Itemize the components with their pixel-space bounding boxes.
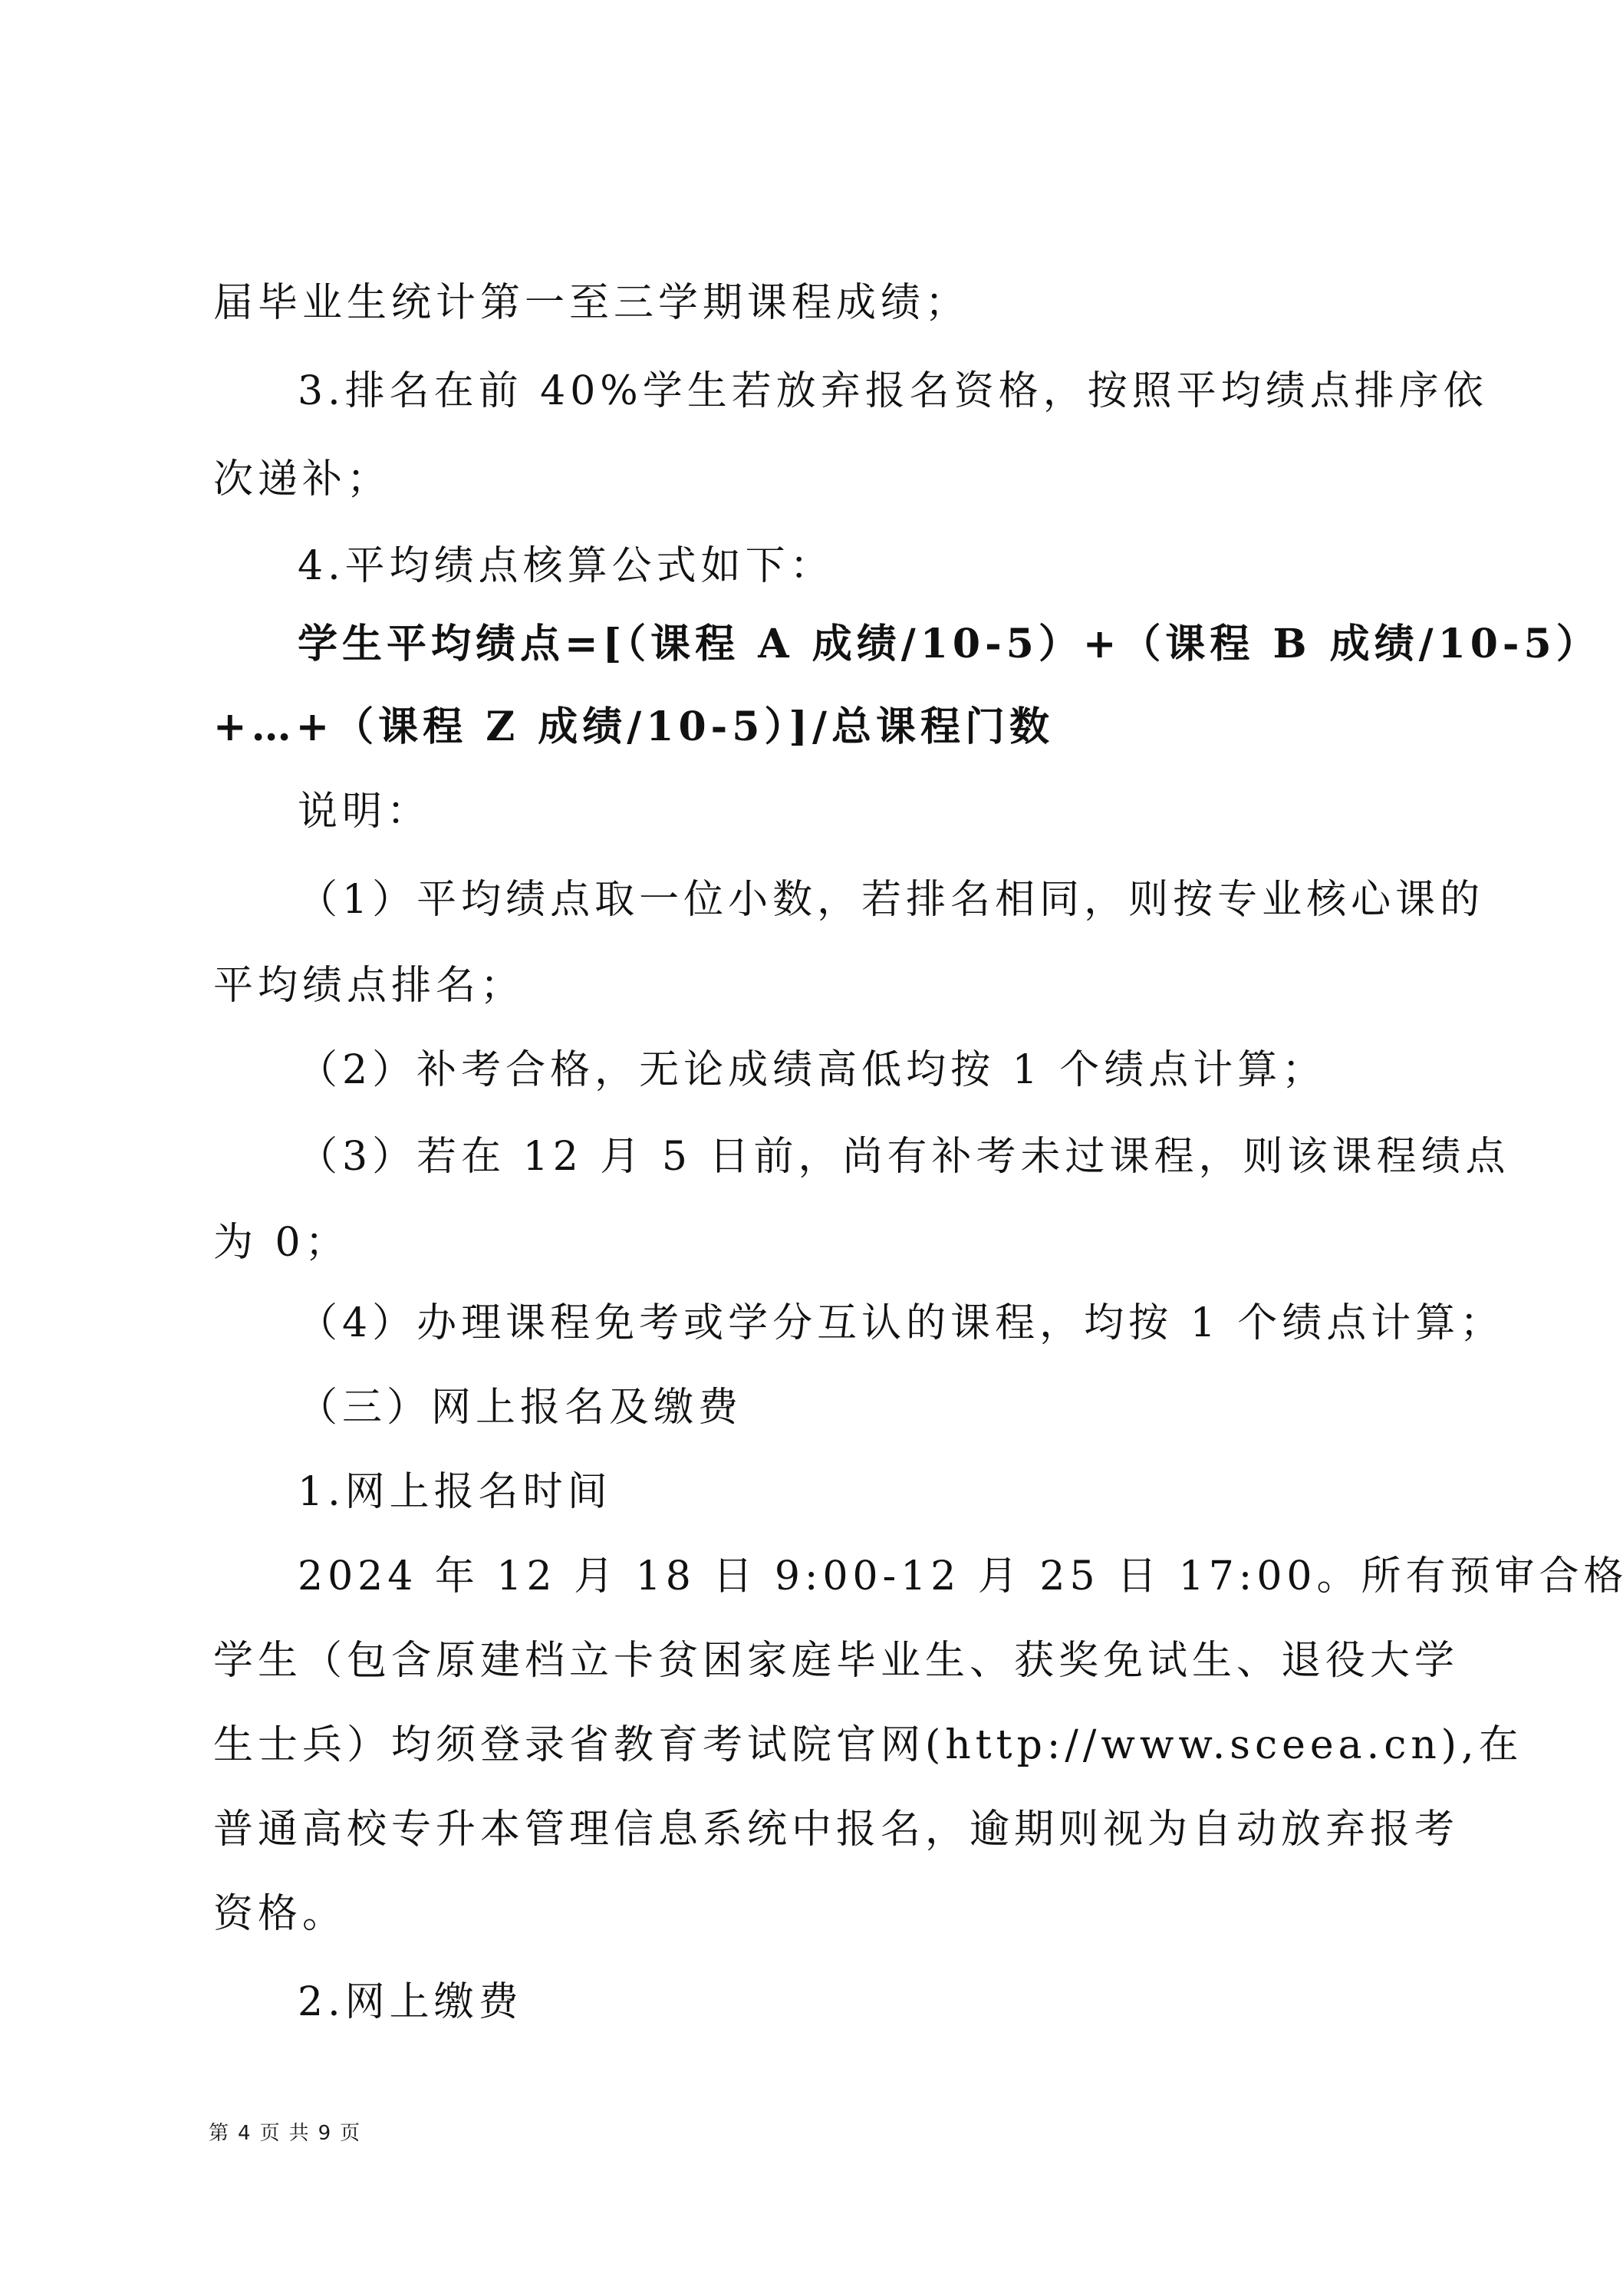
subheading-registration-time: 1.网上报名时间 xyxy=(298,1465,1433,1519)
note-item-1-line-1: （1）平均绩点取一位小数，若排名相同，则按专业核心课的 xyxy=(298,873,1433,927)
footer-current-page: 4 xyxy=(238,2122,251,2145)
note-item-2: （2）补考合格，无论成绩高低均按 1 个绩点计算； xyxy=(298,1043,1433,1097)
section-heading-online-registration: （三）网上报名及缴费 xyxy=(298,1381,1433,1435)
registration-paragraph-line-4: 普通高校专升本管理信息系统中报名，逾期则视为自动放弃报考 xyxy=(213,1803,1433,1856)
note-item-1-line-2: 平均绩点排名； xyxy=(213,959,1433,1013)
note-item-3-line-1: （3）若在 12 月 5 日前，尚有补考未过课程，则该课程绩点 xyxy=(298,1130,1433,1184)
paragraph-line-2: 3.排名在前 40%学生若放弃报名资格，按照平均绩点排序依 xyxy=(298,364,1433,418)
formula-line-1: 学生平均绩点=[（课程 A 成绩/10-5）+（课程 B 成绩/10-5） xyxy=(298,618,1433,671)
note-item-3-line-2: 为 0； xyxy=(213,1216,1433,1270)
document-page: 届毕业生统计第一至三学期课程成绩； 3.排名在前 40%学生若放弃报名资格，按照… xyxy=(0,0,1623,2296)
page-footer: 第4页共9页 xyxy=(209,2120,369,2146)
paragraph-line-3: 次递补； xyxy=(213,453,1433,506)
registration-paragraph-line-3: 生士兵）均须登录省教育考试院官网(http://www.sceea.cn),在 xyxy=(213,1718,1433,1772)
note-heading: 说明： xyxy=(298,785,1433,838)
note-item-4: （4）办理课程免考或学分互认的课程，均按 1 个绩点计算； xyxy=(298,1296,1433,1350)
formula-line-2: +…+（课程 Z 成绩/10-5）]/总课程门数 xyxy=(213,700,1433,754)
registration-paragraph-line-5: 资格。 xyxy=(213,1887,1433,1941)
registration-paragraph-line-2: 学生（包含原建档立卡贫困家庭毕业生、获奖免试生、退役大学 xyxy=(213,1634,1433,1688)
footer-prefix: 第 xyxy=(209,2122,229,2145)
subheading-online-payment: 2.网上缴费 xyxy=(298,1975,1433,2029)
paragraph-line-4: 4.平均绩点核算公式如下： xyxy=(298,539,1433,593)
footer-page-word-2: 页 xyxy=(340,2122,360,2145)
paragraph-line-1: 届毕业生统计第一至三学期课程成绩； xyxy=(213,276,1433,330)
footer-total-prefix: 共 xyxy=(289,2122,309,2145)
registration-paragraph-line-1: 2024 年 12 月 18 日 9:00-12 月 25 日 17:00。所有… xyxy=(298,1550,1433,1603)
footer-page-word: 页 xyxy=(260,2122,280,2145)
footer-total-pages: 9 xyxy=(318,2122,331,2145)
